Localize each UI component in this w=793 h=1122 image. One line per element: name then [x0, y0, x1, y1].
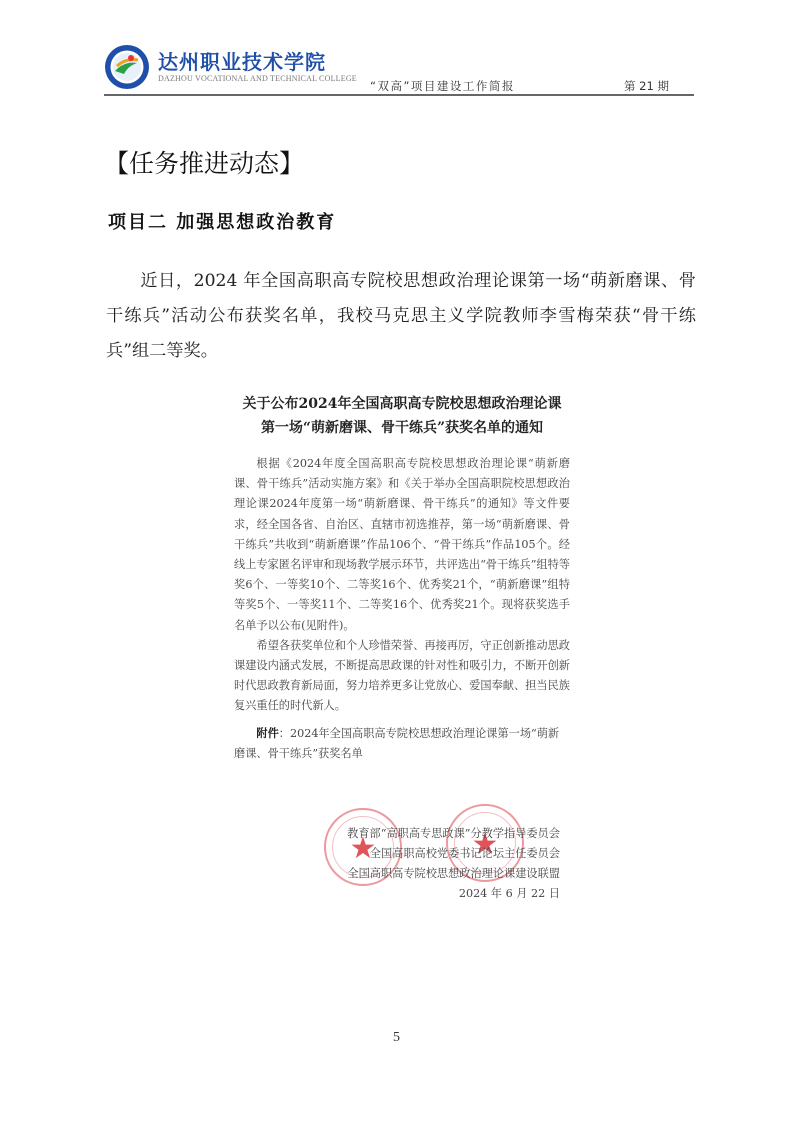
school-name-cn: 达州职业技术学院 [158, 46, 326, 75]
header-bar: 达州职业技术学院 DAZHOU VOCATIONAL AND TECHNICAL… [104, 44, 694, 96]
notice-attachment: 附件：2024年全国高职高专院校思想政治理论课第一场“萌新磨课、骨干练兵”获奖名… [234, 723, 570, 764]
body-paragraph: 近日，2024 年全国高职高专院校思想政治理论课第一场“萌新磨课、骨干练兵”活动… [106, 264, 696, 369]
school-name-en: DAZHOU VOCATIONAL AND TECHNICAL COLLEGE [158, 74, 357, 83]
notice-image: 关于公布2024年全国高职高专院校思想政治理论课 第一场“萌新磨课、骨干练兵”获… [224, 388, 580, 918]
issuer-line: 全国高职高专院校思想政治理论课建设联盟 [347, 864, 560, 884]
attachment-text: ：2024年全国高职高专院校思想政治理论课第一场“萌新磨课、骨干练兵”获奖名单 [234, 727, 559, 760]
project-subtitle: 项目二 加强思想政治教育 [108, 208, 336, 234]
notice-date: 2024 年 6 月 22 日 [347, 884, 560, 904]
issuer-line: 教育部“高职高专思政课”分教学指导委员会 [347, 824, 560, 844]
notice-title-line1: 关于公布2024年全国高职高专院校思想政治理论课 [224, 392, 580, 416]
notice-title-line2: 第一场“萌新磨课、骨干练兵”获奖名单的通知 [224, 416, 580, 440]
notice-signoff: 教育部“高职高专思政课”分教学指导委员会 全国高职高校党委书记论坛主任委员会 全… [347, 824, 560, 904]
bulletin-title: “双高”项目建设工作简报 [370, 78, 515, 94]
page-number: 5 [0, 1030, 793, 1046]
issuer-line: 全国高职高校党委书记论坛主任委员会 [347, 844, 560, 864]
notice-body: 根据《2024年度全国高职高专院校思想政治理论课“萌新磨课、骨干练兵”活动实施方… [234, 454, 570, 717]
section-title: 【任务推进动态】 [104, 144, 304, 180]
attachment-label: 附件 [256, 726, 278, 740]
header-divider [104, 94, 694, 96]
notice-paragraph: 根据《2024年度全国高职高专院校思想政治理论课“萌新磨课、骨干练兵”活动实施方… [234, 454, 570, 636]
school-emblem-icon [104, 44, 150, 90]
issue-number: 第 21 期 [624, 78, 669, 94]
notice-title: 关于公布2024年全国高职高专院校思想政治理论课 第一场“萌新磨课、骨干练兵”获… [224, 392, 580, 440]
notice-paragraph: 希望各获奖单位和个人珍惜荣誉、再接再厉，守正创新推动思政课建设内涵式发展，不断提… [234, 636, 570, 717]
